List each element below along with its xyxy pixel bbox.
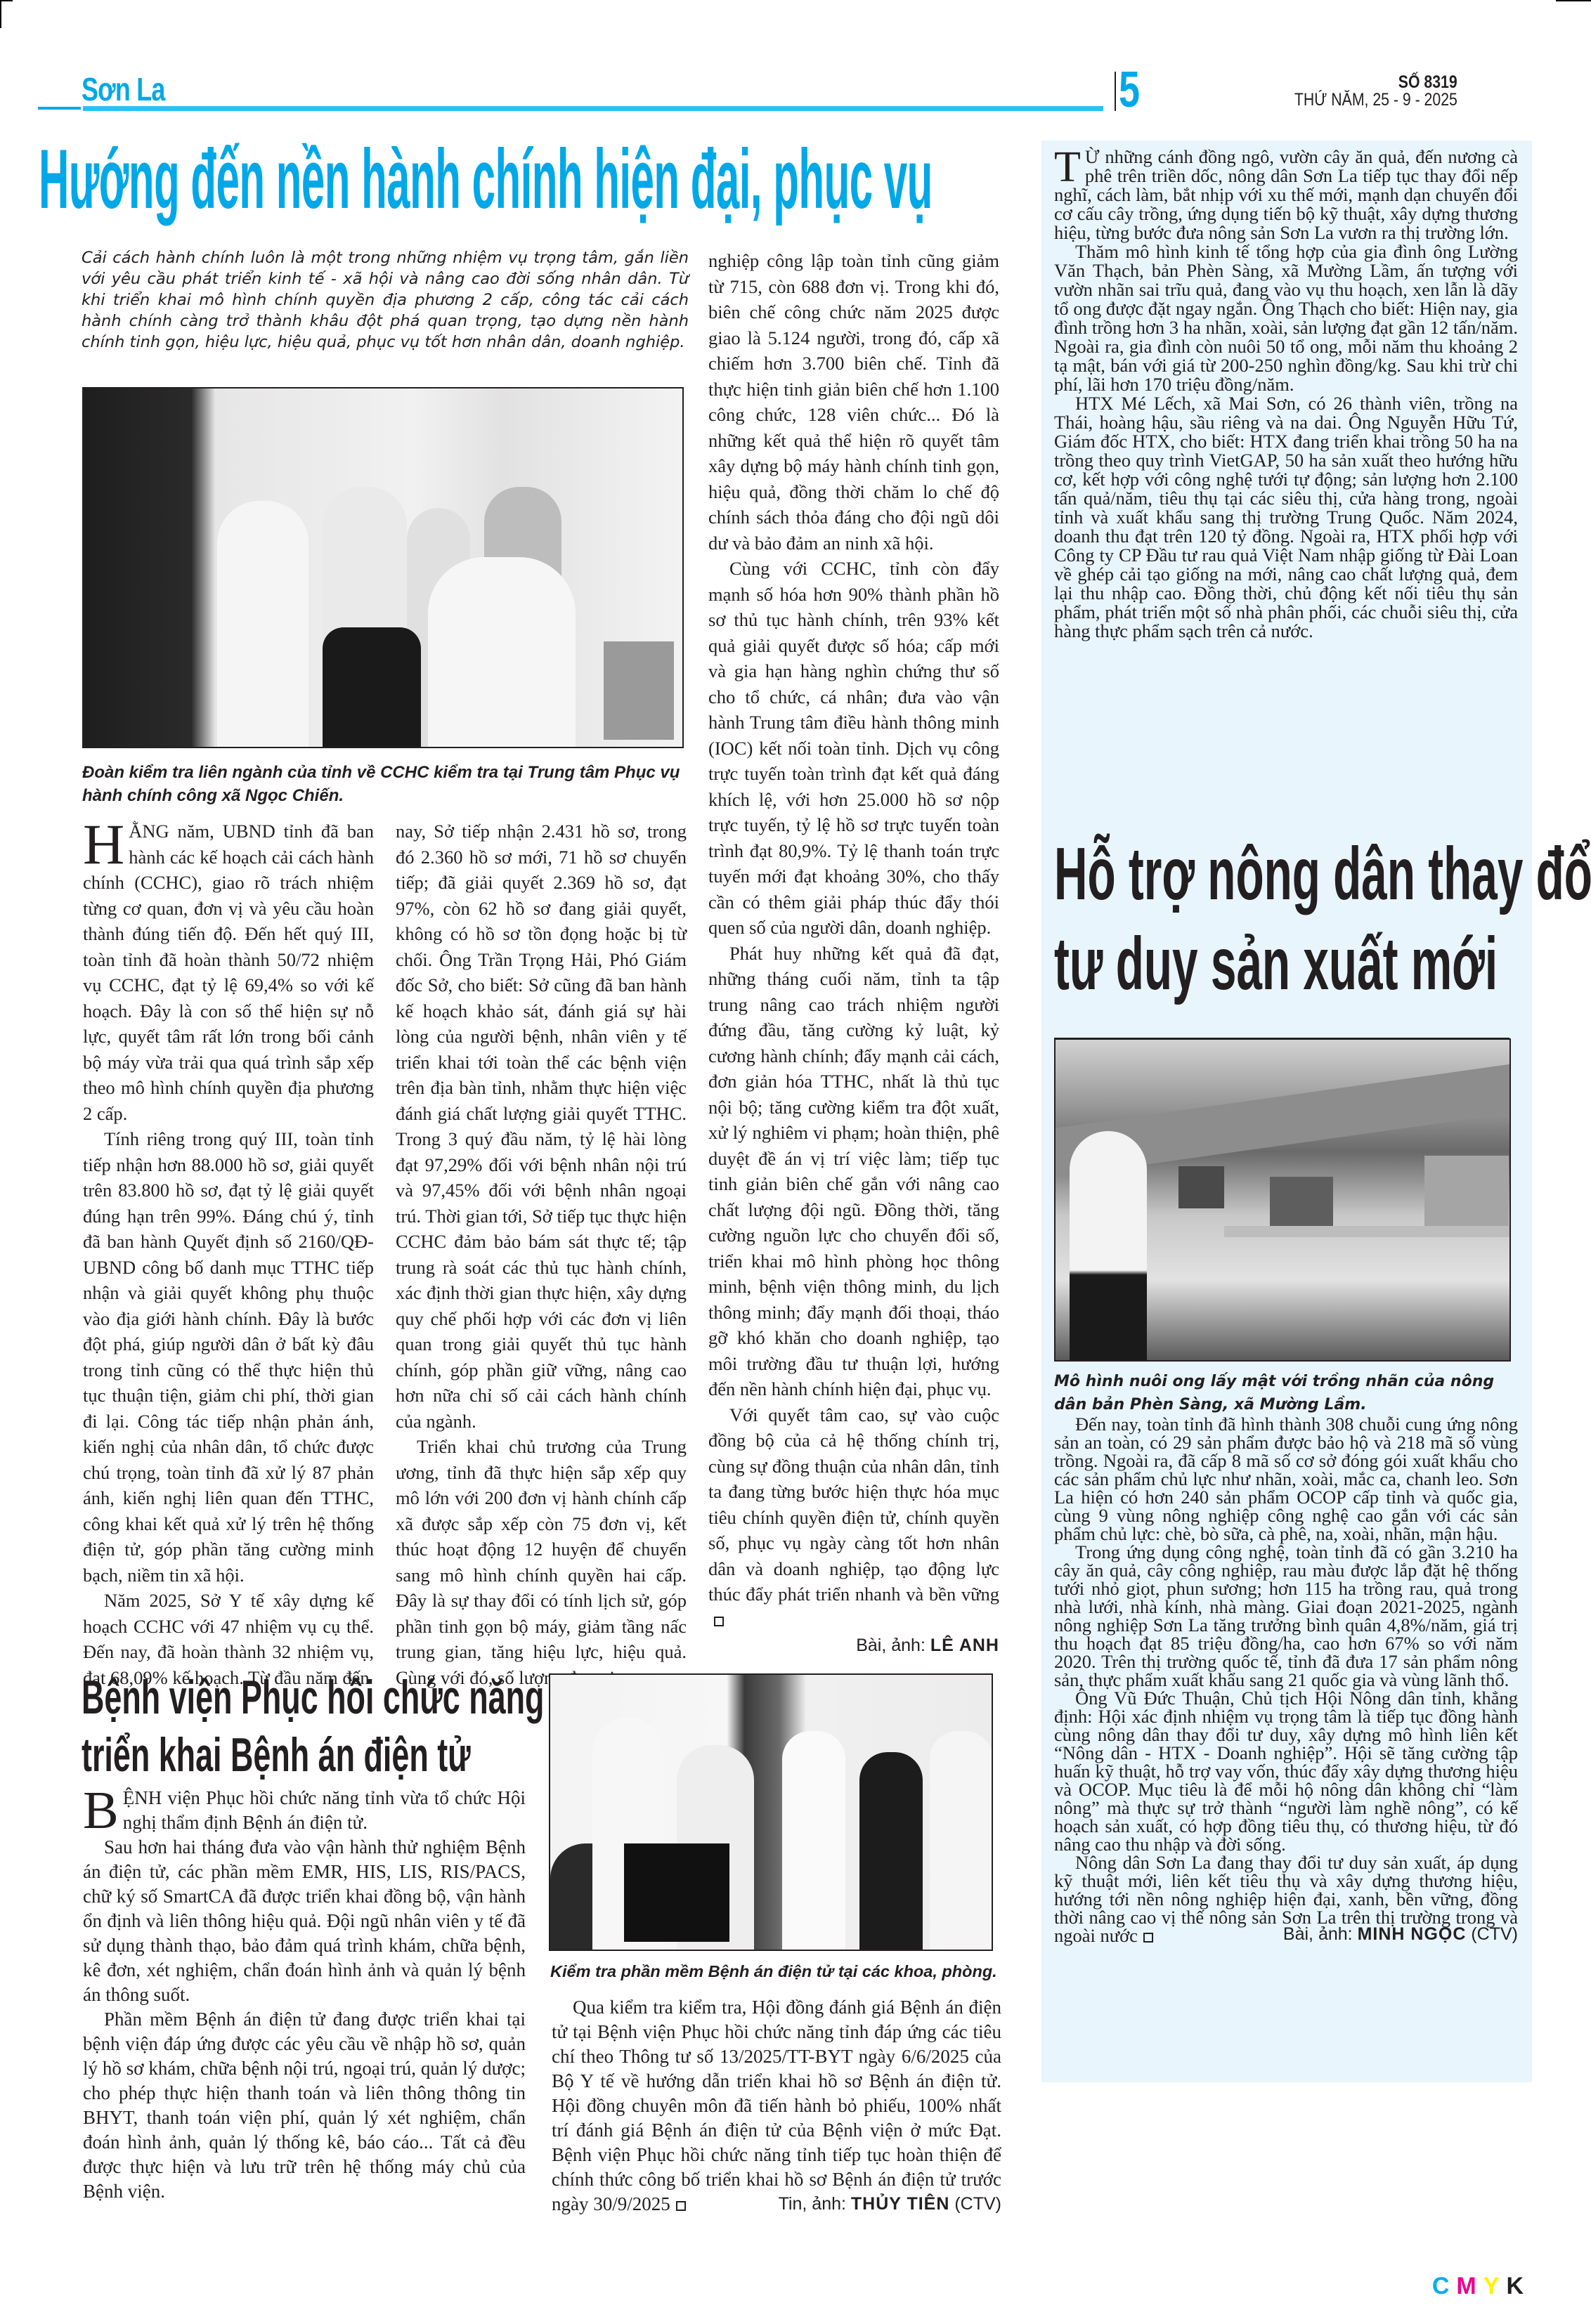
paragraph: nay, Sở tiếp nhận 2.431 hồ sơ, trong đó … <box>396 818 687 1434</box>
paragraph: Đến nay, toàn tỉnh đã hình thành 308 chu… <box>1054 1415 1518 1543</box>
paragraph: Thăm mô hình kinh tế tổng hợp của gia đì… <box>1054 242 1518 394</box>
photo-beam <box>1224 1226 1511 1237</box>
crop-mark <box>1556 0 1591 1</box>
main-sapo: Cải cách hành chính luôn là một trong nh… <box>82 247 689 353</box>
section-name: Sơn La <box>82 70 165 108</box>
paragraph: nghiệp công lập toàn tỉnh cũng giảm từ 7… <box>708 248 999 556</box>
dropcap: B <box>83 1789 119 1832</box>
main-article-column-1: HẰNG năm, UBND tỉnh đã ban hành các kế h… <box>83 818 374 1690</box>
end-mark-icon <box>676 2201 686 2211</box>
photo-beehive <box>1178 1166 1224 1208</box>
photo-figure <box>428 557 576 748</box>
page-number: 5 <box>1119 65 1140 115</box>
cmyk-c: C <box>1432 2273 1457 2299</box>
paragraph: Tính riêng trong quý III, toàn tỉnh tiếp… <box>83 1126 374 1588</box>
paragraph: Phát huy những kết quả đã đạt, những thá… <box>708 941 999 1402</box>
photo-beekeeping <box>1054 1038 1511 1362</box>
header-rule <box>83 106 1103 111</box>
dropcap: H <box>83 821 124 868</box>
paragraph: Phần mềm Bệnh án điện tử đang được triển… <box>83 2007 526 2204</box>
photo-beehive <box>1270 1177 1333 1226</box>
main-article-column-3: nghiệp công lập toàn tỉnh cũng giảm từ 7… <box>708 248 999 1658</box>
paragraph: Với quyết tâm cao, sự vào cuộc đồng bộ c… <box>708 1402 999 1633</box>
photo-figure <box>1070 1131 1147 1362</box>
author-name: THỦY TIÊN <box>851 2194 950 2214</box>
paragraph: Trong ứng dụng công nghệ, toàn tỉnh đã c… <box>1054 1543 1518 1689</box>
paragraph: TỪ những cánh đồng ngô, vườn cây ăn quả,… <box>1054 148 1518 242</box>
paragraph: HẰNG năm, UBND tỉnh đã ban hành các kế h… <box>83 818 374 1126</box>
hospital-headline: Bệnh viện Phục hồi chức năng triển khai … <box>82 1669 544 1784</box>
photo-hospital-software-check <box>549 1673 993 1951</box>
crop-mark <box>0 0 13 1</box>
paragraph: Ông Vũ Đức Thuận, Chủ tịch Hội Nông dân … <box>1054 1689 1518 1853</box>
cmyk-k: K <box>1506 2273 1531 2299</box>
hospital-column-2: Qua kiểm tra kiểm tra, Hội đồng đánh giá… <box>552 1995 1001 2217</box>
crop-mark <box>0 0 1 28</box>
photo-caption-beekeeping: Mô hình nuôi ong lấy mật với trồng nhãn … <box>1054 1370 1518 1416</box>
byline-main: Bài, ảnh: LÊ ANH <box>708 1633 999 1658</box>
hospital-column-1: BỆNH viện Phục hồi chức năng tỉnh vừa tổ… <box>83 1786 526 2204</box>
photo-caption-inspection: Đoàn kiểm tra liên ngành của tỉnh về CCH… <box>82 761 687 807</box>
paragraph: Qua kiểm tra kiểm tra, Hội đồng đánh giá… <box>552 1995 1001 2217</box>
end-mark-icon <box>1143 1933 1153 1943</box>
cmyk-y: Y <box>1483 2273 1507 2299</box>
main-article-column-2: nay, Sở tiếp nhận 2.431 hồ sơ, trong đó … <box>396 818 687 1690</box>
paragraph: HTX Mé Lếch, xã Mai Sơn, có 26 thành viê… <box>1054 394 1518 641</box>
farmers-column-top: TỪ những cánh đồng ngô, vườn cây ăn quả,… <box>1054 148 1518 641</box>
author-name: MINH NGỌC <box>1358 1924 1467 1944</box>
photo-beehive <box>1424 1156 1509 1226</box>
cmyk-print-marks: CMYK <box>1432 2273 1531 2300</box>
paragraph: Cùng với CCHC, tỉnh còn đẩy mạnh số hóa … <box>708 556 999 941</box>
dropcap: T <box>1054 149 1081 185</box>
photo-figure <box>217 501 309 748</box>
photo-figure <box>930 1731 993 1951</box>
header-rule-accent <box>38 107 81 110</box>
photo-figure <box>782 1731 845 1951</box>
header-divider <box>1115 72 1116 111</box>
author-name: LÊ ANH <box>930 1636 999 1655</box>
farmers-headline: Hỗ trợ nông dân thay đổi tư duy sản xuất… <box>1054 829 1342 1009</box>
paragraph: Triển khai chủ trương của Trung ương, tỉ… <box>396 1434 687 1690</box>
paragraph: Sau hơn hai tháng đưa vào vận hành thử n… <box>83 1835 526 2007</box>
farmers-column-bottom: Đến nay, toàn tỉnh đã hình thành 308 chu… <box>1054 1415 1518 1945</box>
issue-date: THỨ NĂM, 25 - 9 - 2025 <box>1294 90 1457 110</box>
end-mark-icon <box>714 1617 724 1626</box>
photo-inspection-team <box>82 387 684 748</box>
photo-printer <box>604 641 674 740</box>
photo-chair <box>323 627 421 748</box>
photo-caption-hospital: Kiểm tra phần mềm Bệnh án điện tử tại cá… <box>550 1960 1000 1983</box>
main-headline: Hướng đến nền hành chính hiện đại, phục … <box>39 135 933 223</box>
cmyk-m: M <box>1456 2273 1483 2299</box>
photo-figure <box>859 1752 923 1951</box>
paragraph: BỆNH viện Phục hồi chức năng tỉnh vừa tổ… <box>83 1786 526 1835</box>
photo-monitor <box>624 1843 729 1942</box>
